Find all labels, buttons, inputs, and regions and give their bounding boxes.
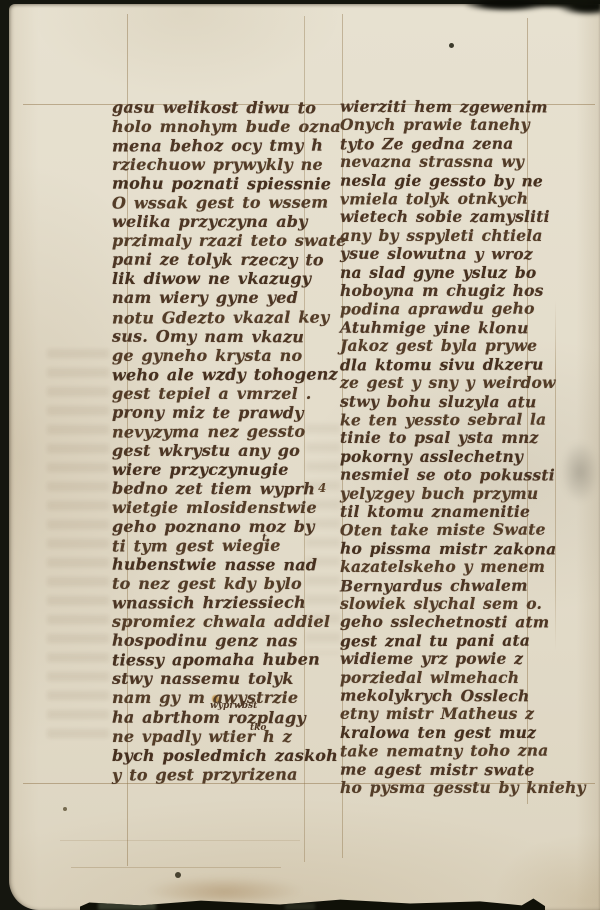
brown-stain-bottom-edge — [144, 876, 304, 902]
marginal-correction-mark: 4 — [318, 481, 326, 495]
manuscript-page: gasu welikost diwu toholo mnohym bude oz… — [9, 4, 600, 910]
manuscript-text-line: til ktomu znamenitie — [340, 503, 540, 521]
manuscript-text-line: kralowa ten gest muz — [340, 724, 540, 742]
manuscript-text-line: pokorny asslechetny — [340, 448, 540, 466]
manuscript-text-line: ysue slowutna y wroz — [340, 245, 540, 264]
manuscript-text-line: vmiela tolyk otnkych — [340, 190, 540, 209]
manuscript-text-line: ge gyneho krysta no — [112, 346, 340, 365]
manuscript-text-line: stwy bohu sluzyla atu — [340, 392, 540, 411]
manuscript-text-line: sus. Omy nam vkazu — [112, 326, 340, 346]
manuscript-text-line: welika przyczyna aby — [112, 212, 340, 231]
manuscript-photo: gasu welikost diwu toholo mnohym bude oz… — [0, 0, 600, 910]
manuscript-text-line: rziechuow prywykly ne — [112, 155, 340, 174]
manuscript-text-line: pani ze tolyk rzeczy to — [112, 250, 340, 270]
manuscript-text-line: hubenstwie nasse nad — [112, 555, 340, 575]
top-edge-dark-fragment — [466, 0, 600, 16]
manuscript-text-line: y to gest przyrizena — [112, 764, 340, 784]
manuscript-text-line: kazatelskeho y menem — [340, 558, 540, 576]
manuscript-text-line: lik diwow ne vkazugy — [112, 269, 340, 288]
manuscript-text-line: hospodinu genz nas — [112, 631, 340, 651]
manuscript-text-line: bych posledmich zaskoh — [112, 746, 340, 765]
manuscript-text-line: ho pysma gesstu by kniehy — [340, 779, 540, 797]
text-column-right: wierziti hem zgewenimOnych prawie tanehy… — [340, 98, 540, 797]
ink-dot-bottom-left — [175, 872, 181, 878]
manuscript-text-line: geho poznano moz by — [112, 517, 340, 536]
manuscript-text-line: etny mistr Matheus z — [340, 705, 540, 723]
manuscript-text-line: ne vpadly wtier h z — [112, 727, 340, 746]
gray-smudge-right-margin — [561, 441, 599, 503]
manuscript-text-line: tiessy apomaha huben — [112, 650, 340, 670]
ink-dot-left-margin — [63, 807, 67, 811]
verso-showthrough-left-margin — [47, 349, 109, 739]
interlinear-correction: t — [262, 533, 267, 544]
manuscript-text-line: nevazna strassna wy — [340, 153, 540, 171]
interlinear-correction: wyprwbst — [210, 701, 257, 711]
manuscript-text-line: bedno zet tiem wyprh — [112, 479, 340, 499]
interlinear-correction: tko — [250, 723, 266, 733]
manuscript-text-line: porziedal wlmehach — [340, 669, 540, 687]
manuscript-text-line: holo mnohym bude ozna — [112, 117, 340, 136]
manuscript-text-line: wiere przyczynugie — [112, 460, 340, 479]
manuscript-text-line: spromiez chwala addiel — [112, 612, 340, 631]
manuscript-text-line: geho sslechetnosti atm — [340, 613, 540, 632]
manuscript-text-line: gest tepiel a vmrzel . — [112, 384, 340, 403]
manuscript-text-line: Atuhmige yine klonu — [340, 319, 540, 338]
manuscript-text-line: na slad gyne ysluz bo — [340, 264, 540, 282]
manuscript-text-line: Onych prawie tanehy — [340, 116, 540, 134]
manuscript-text-line: tyto Ze gedna zena — [340, 134, 540, 153]
manuscript-text-line: prony miz te prawdy — [112, 402, 340, 422]
manuscript-text-line: take nematny toho zna — [340, 742, 540, 761]
manuscript-text-line: dla ktomu sivu dkzeru — [340, 355, 540, 374]
manuscript-text-line: nesla gie gessto by ne — [340, 171, 540, 190]
manuscript-text-line: wietgie mlosidenstwie — [112, 498, 340, 517]
manuscript-text-line: gest znal tu pani ata — [340, 631, 540, 650]
manuscript-text-line: przimaly rzazi teto swate — [112, 231, 340, 250]
manuscript-text-line: nam wiery gyne yed — [112, 288, 340, 307]
ink-dot-top-right — [449, 43, 454, 48]
manuscript-text-line: widieme yrz powie z — [340, 650, 540, 668]
vertical-crease-right — [555, 300, 556, 650]
manuscript-text-line: stwy nassemu tolyk — [112, 669, 340, 688]
manuscript-text-line: me agest mistr swate — [340, 760, 540, 779]
manuscript-text-line: podina aprawdu geho — [340, 300, 540, 319]
manuscript-text-line: Jakoz gest byla prywe — [340, 337, 540, 355]
manuscript-text-line: wietech sobie zamysliti — [340, 208, 540, 226]
manuscript-text-line: Bernyardus chwalem — [340, 576, 540, 595]
manuscript-text-line: ho pissma mistr zakona — [340, 539, 540, 558]
manuscript-text-line: mena behoz ocy tmy h — [112, 136, 340, 156]
manuscript-text-line: weho ale wzdy tohogenz — [112, 364, 340, 384]
manuscript-text-line: gasu welikost diwu to — [112, 98, 340, 118]
manuscript-text-line: slowiek slychal sem o. — [340, 595, 540, 613]
manuscript-text-line: Oten take miste Swate — [340, 521, 540, 540]
manuscript-text-line: tinie to psal ysta mnz — [340, 429, 540, 447]
ruling-line-horizontal-faint-lower — [71, 867, 281, 868]
manuscript-text-line: any by sspyleti chtiela — [340, 227, 540, 245]
manuscript-text-line: nesmiel se oto pokussti — [340, 466, 540, 485]
manuscript-text-line: wnassich hrziessiech — [112, 593, 340, 613]
manuscript-text-line: notu Gdezto vkazal key — [112, 307, 340, 327]
manuscript-text-line: mohu poznati spiessnie — [112, 174, 340, 194]
manuscript-text-line: yelyzgey buch przymu — [340, 485, 540, 503]
manuscript-text-line: ke ten yessto sebral la — [340, 410, 540, 429]
text-column-left: gasu welikost diwu toholo mnohym bude oz… — [112, 98, 340, 784]
manuscript-text-line: nevyzyma nez gessto — [112, 421, 340, 441]
manuscript-text-line: ze gest y sny y weirdow — [340, 374, 540, 392]
manuscript-text-line: ti tym gest wiegie — [112, 536, 340, 556]
backdrop-patch — [285, 903, 315, 910]
manuscript-text-line: mekolykrych Osslech — [340, 687, 540, 706]
manuscript-text-line: O wssak gest to wssem — [112, 193, 340, 213]
manuscript-text-line: wierziti hem zgewenim — [340, 98, 540, 117]
ruling-line-horizontal-faint — [60, 840, 300, 841]
manuscript-text-line: gest wkrystu any go — [112, 441, 340, 460]
manuscript-text-line: to nez gest kdy bylo — [112, 574, 340, 593]
